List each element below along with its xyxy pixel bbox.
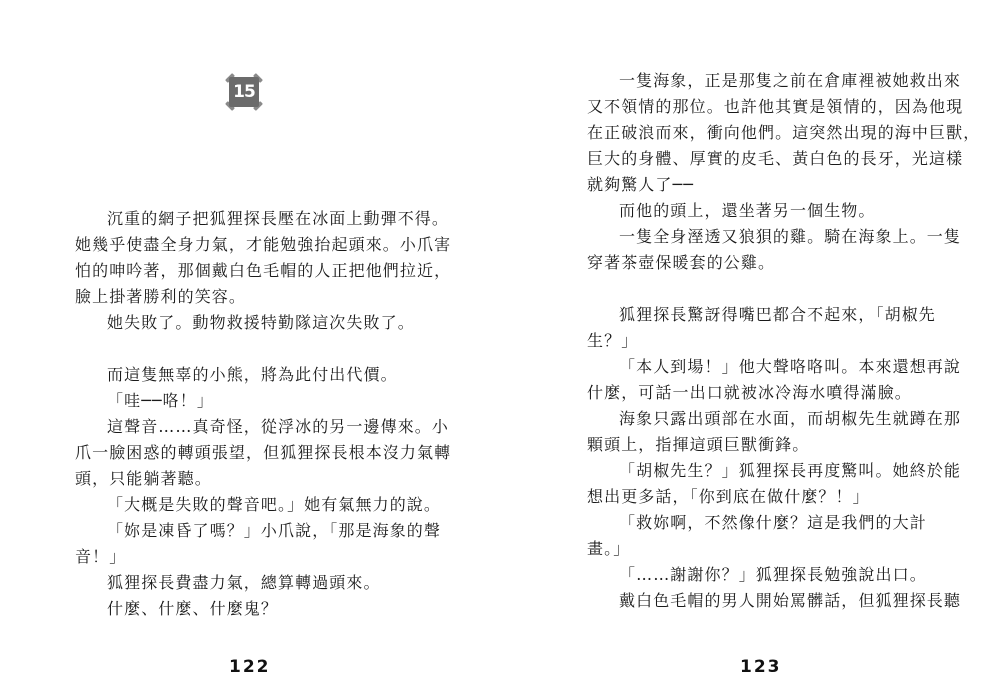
text-line: 爪一臉困惑的轉頭張望，但狐狸探長根本沒力氣轉	[75, 440, 420, 466]
text-line: 戴白色毛帽的男人開始罵髒話，但狐狸探長聽	[587, 588, 932, 614]
text-line: 「妳是凍昏了嗎？」小爪說，「那是海象的聲	[75, 518, 420, 544]
right-page: 一隻海象，正是那隻之前在倉庫裡被她救出來又不領情的那位。也許他其實是領情的，因為…	[500, 0, 1000, 700]
text-line: 臉上掛著勝利的笑容。	[75, 284, 420, 310]
text-line: 畫。」	[587, 536, 932, 562]
text-line: 「本人到場！」他大聲咯咯叫。本來還想再說	[587, 354, 932, 380]
text-line: 什麼、什麼、什麼鬼？	[75, 596, 420, 622]
text-line: 而這隻無辜的小熊，將為此付出代價。	[75, 362, 420, 388]
text-line: 海象只露出頭部在水面，而胡椒先生就蹲在那	[587, 406, 932, 432]
chapter-number-badge: 15	[226, 74, 262, 110]
text-line: 「哇──咯！」	[75, 388, 420, 414]
left-page-body: 沉重的網子把狐狸探長壓在冰面上動彈不得。她幾乎使盡全身力氣，才能勉強抬起頭來。小…	[75, 206, 420, 622]
text-line: 一隻海象，正是那隻之前在倉庫裡被她救出來	[587, 68, 932, 94]
text-line: 在正破浪而來，衝向他們。這突然出現的海中巨獸，	[587, 120, 932, 146]
text-line: 一隻全身溼透又狼狽的雞。騎在海象上。一隻	[587, 224, 932, 250]
text-line: 狐狸探長費盡力氣，總算轉過頭來。	[75, 570, 420, 596]
text-line: 顆頭上，指揮這頭巨獸衝鋒。	[587, 432, 932, 458]
paragraph-spacer	[75, 336, 420, 362]
text-line: 沉重的網子把狐狸探長壓在冰面上動彈不得。	[75, 206, 420, 232]
text-line: 又不領情的那位。也許他其實是領情的，因為他現	[587, 94, 932, 120]
text-line: 「救妳啊，不然像什麼？這是我們的大計	[587, 510, 932, 536]
text-line: 她失敗了。動物救援特勤隊這次失敗了。	[75, 310, 420, 336]
text-line: 就夠驚人了──	[587, 172, 932, 198]
page-number-left: 122	[229, 657, 271, 677]
text-line: 什麼，可話一出口就被冰冷海水噴得滿臉。	[587, 380, 932, 406]
text-line: 想出更多話，「你到底在做什麼？！」	[587, 484, 932, 510]
text-line: 「大概是失敗的聲音吧。」她有氣無力的說。	[75, 492, 420, 518]
text-line: 頭，只能躺著聽。	[75, 466, 420, 492]
text-line: 巨大的身體、厚實的皮毛、黃白色的長牙，光這樣	[587, 146, 932, 172]
text-line: 「胡椒先生？」狐狸探長再度驚叫。她終於能	[587, 458, 932, 484]
text-line: 「……謝謝你？」狐狸探長勉強說出口。	[587, 562, 932, 588]
text-line: 穿著茶壺保暖套的公雞。	[587, 250, 932, 276]
paragraph-spacer	[587, 276, 932, 302]
text-line: 她幾乎使盡全身力氣，才能勉強抬起頭來。小爪害	[75, 232, 420, 258]
text-line: 生？」	[587, 328, 932, 354]
right-page-body: 一隻海象，正是那隻之前在倉庫裡被她救出來又不領情的那位。也許他其實是領情的，因為…	[587, 68, 932, 614]
page-number-right: 123	[740, 657, 782, 677]
text-line: 這聲音……真奇怪，從浮冰的另一邊傳來。小	[75, 414, 420, 440]
text-line: 怕的呻吟著，那個戴白色毛帽的人正把他們拉近，	[75, 258, 420, 284]
text-line: 音！」	[75, 544, 420, 570]
left-page: 15 沉重的網子把狐狸探長壓在冰面上動彈不得。她幾乎使盡全身力氣，才能勉強抬起頭…	[0, 0, 500, 700]
chapter-number: 15	[229, 77, 259, 107]
text-line: 狐狸探長驚訝得嘴巴都合不起來，「胡椒先	[587, 302, 932, 328]
text-line: 而他的頭上，還坐著另一個生物。	[587, 198, 932, 224]
